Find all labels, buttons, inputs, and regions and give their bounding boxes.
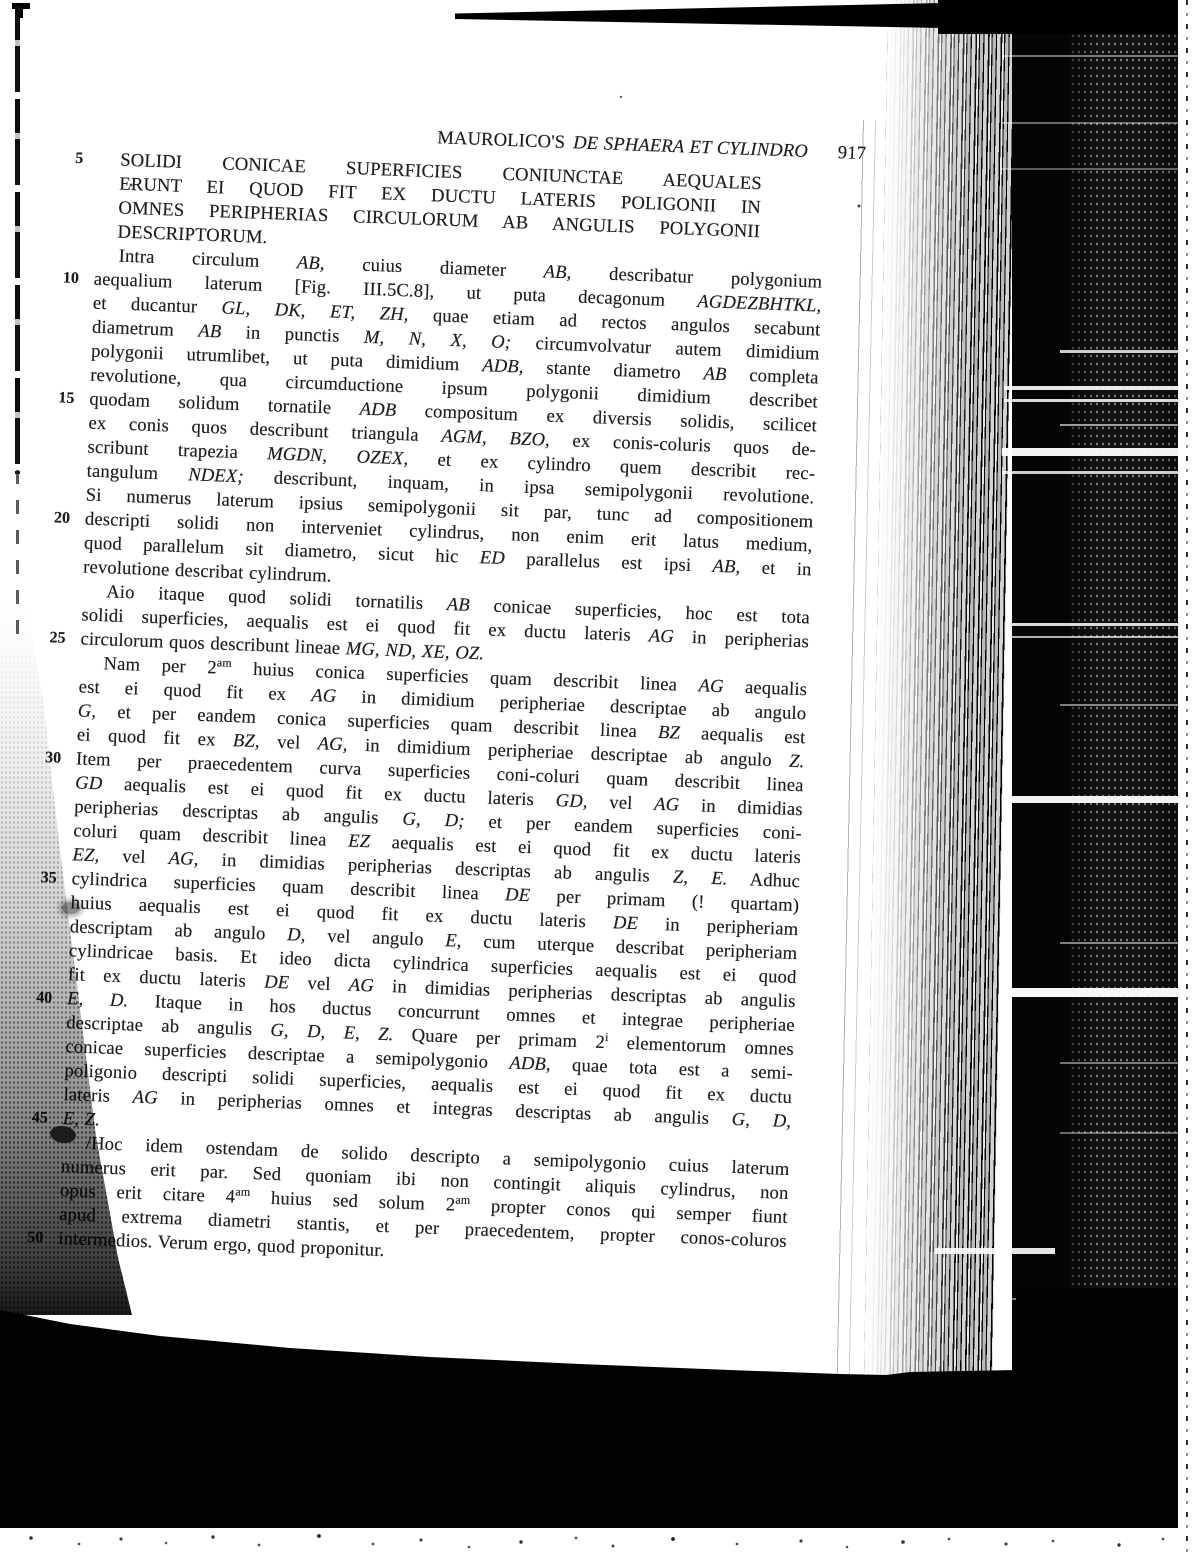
scan-white-streak [1010,623,1186,626]
scan-top-right-black-cap [938,0,1186,34]
line-number [34,578,83,604]
scan-right-white-margin [1178,0,1200,1552]
scan-white-streak [1002,988,1186,997]
line-number [44,314,93,340]
line-number [31,650,80,676]
scanned-book-page: MAUROLICO'SDE SPHAERA ET CYLINDRO917 5SO… [0,0,1200,1552]
line-number [36,530,85,556]
scan-page-edges-fan [861,0,1016,1528]
line-number [46,242,95,268]
line-number: 15 [41,386,90,412]
line-number: 25 [32,626,81,652]
line-number [42,362,91,388]
header-gutter [51,112,100,138]
scan-left-dashed-rule [15,6,20,474]
scan-white-streak [1060,424,1186,426]
scan-white-streak [1002,55,1185,57]
scan-white-streak [1060,704,1186,706]
scan-smudge-small [62,902,80,914]
scan-white-streak [1060,942,1186,944]
page-text-block: MAUROLICO'SDE SPHAERA ET CYLINDRO917 5SO… [10,112,828,1278]
scan-white-streak [1004,399,1186,402]
line-number [35,554,84,580]
scan-white-streak [1002,168,1185,170]
scan-white-streak [1060,1062,1186,1064]
scan-bottom-black-band [0,1288,1200,1528]
scan-dust-specks [0,0,2,2]
scan-white-streak [1010,636,1186,638]
line-number [48,194,97,220]
line-number [45,290,94,316]
line-number: 5 [50,146,99,172]
scan-white-streak [1004,386,1186,390]
line-number [38,458,87,484]
line-number [49,170,98,196]
line-number: 20 [37,506,86,532]
scan-white-streak [1060,350,1186,353]
scan-white-streak [1060,1132,1186,1134]
line-number [40,410,89,436]
scan-white-streak [1002,796,1186,803]
line-number: 10 [45,266,94,292]
scan-right-dotted-rule [1186,0,1188,1552]
running-head-title: DE SPHAERA ET CYLINDRO [573,132,808,162]
scan-top-black-wedge [455,3,942,28]
line-number [37,482,86,508]
scan-white-streak [1002,448,1186,456]
line-number [39,434,88,460]
line-number [33,602,82,628]
running-head-author: MAUROLICO'S [437,127,566,153]
line-number [43,338,92,364]
line-number [47,218,96,244]
scan-white-streak [935,1248,1055,1254]
scan-white-streak [1002,471,1186,474]
text-lines: 5SOLIDI CONICAE SUPERFICIES CONIUNCTAE A… [10,146,826,1278]
scan-white-streak [1002,122,1185,124]
